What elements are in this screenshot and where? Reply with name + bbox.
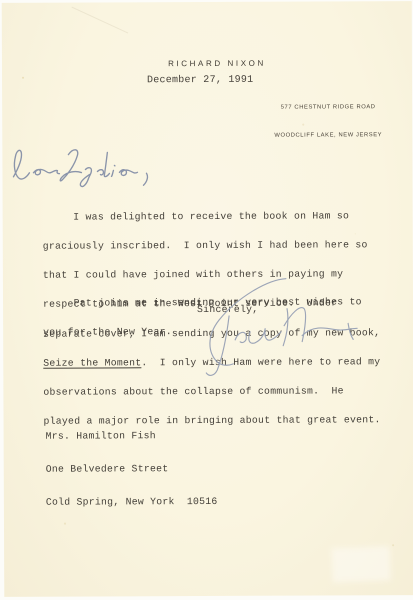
- letterhead-address-line2: WOODCLIFF LAKE, NEW JERSEY: [259, 131, 397, 141]
- paper-speck: [22, 77, 24, 79]
- recipient-city: Cold Spring, New York 10516: [46, 496, 218, 508]
- body-line: I was delighted to receive the book on H…: [43, 211, 380, 222]
- paper-crease: [72, 7, 129, 34]
- recipient-name: Mrs. Hamilton Fish: [46, 430, 218, 442]
- paper-speck: [392, 544, 394, 546]
- scanned-letter: RICHARD NIXON December 27, 1991 577 CHES…: [0, 0, 413, 600]
- recipient-street: One Belvedere Street: [46, 463, 218, 475]
- date-line: December 27, 1991: [147, 76, 253, 86]
- letterhead-address-line1: 577 CHESTNUT RIDGE ROAD: [259, 103, 397, 113]
- letterhead-name: RICHARD NIXON: [117, 59, 317, 69]
- letter-paper: RICHARD NIXON December 27, 1991 577 CHES…: [2, 1, 413, 597]
- paper-stain-patch: [332, 546, 391, 582]
- underlined-book-title: Seize the Moment: [43, 357, 141, 368]
- recipient-address: Mrs. Hamilton Fish One Belvedere Street …: [45, 408, 217, 530]
- body-line: graciously inscribed. I only wish I had …: [43, 240, 380, 251]
- letterhead-address: 577 CHESTNUT RIDGE ROAD WOODCLIFF LAKE, …: [259, 84, 397, 160]
- body-line: observations about the collapse of commu…: [43, 386, 380, 397]
- signature-handwriting: [149, 273, 365, 380]
- salutation-handwriting: [6, 144, 168, 191]
